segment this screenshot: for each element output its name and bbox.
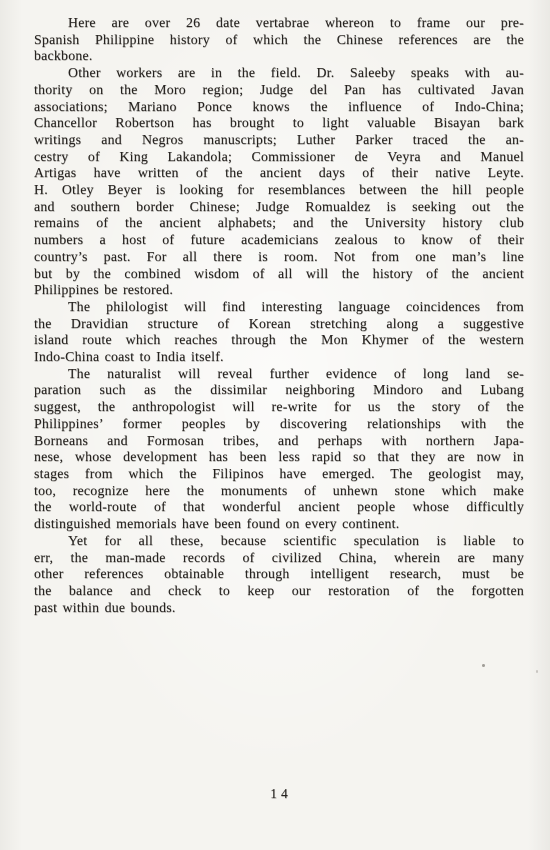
text-line: Indo-China coast to India itself. <box>34 349 524 366</box>
text-line: The philologist will find interesting la… <box>34 299 524 316</box>
scanned-book-page: Here are over 26 date vertabrae whereon … <box>0 0 550 850</box>
text-line: nese, whose development has been less ra… <box>34 449 524 466</box>
text-line: thority on the Moro region; Judge del Pa… <box>34 82 524 99</box>
text-line: the world-route of that wonderful ancien… <box>34 499 524 516</box>
text-line: cestry of King Lakandola; Commissioner d… <box>34 149 524 166</box>
page-number: 14 <box>34 786 524 802</box>
text-line: Spanish Philippine history of which the … <box>34 32 524 49</box>
text-line: Chancellor Robertson has brought to ligh… <box>34 115 524 132</box>
text-line: Other workers are in the field. Dr. Sale… <box>34 65 524 82</box>
text-line: and southern border Chinese; Judge Romua… <box>34 199 524 216</box>
scan-speck <box>536 670 538 673</box>
text-line: Artigas have written of the ancient days… <box>34 165 524 182</box>
text-line: suggest, the anthropologist will re-writ… <box>34 399 524 416</box>
text-line: the Dravidian structure of Korean stretc… <box>34 316 524 333</box>
text-line: backbone. <box>34 48 524 65</box>
text-line: island route which reaches through the M… <box>34 332 524 349</box>
scan-speck <box>482 664 485 667</box>
text-line: H. Otley Beyer is looking for resemblanc… <box>34 182 524 199</box>
text-line: the balance and check to keep our restor… <box>34 583 524 600</box>
text-line: Philippines be restored. <box>34 282 524 299</box>
text-line: err, the man-made records of civilized C… <box>34 550 524 567</box>
text-line: past within due bounds. <box>34 600 524 617</box>
text-line: writings and Negros manuscripts; Luther … <box>34 132 524 149</box>
text-line: but by the combined wisdom of all will t… <box>34 266 524 283</box>
text-line: other references obtainable through inte… <box>34 566 524 583</box>
text-line: country’s past. For all there is room. N… <box>34 249 524 266</box>
text-line: numbers a host of future academicians ze… <box>34 232 524 249</box>
text-line: distinguished memorials have been found … <box>34 516 524 533</box>
text-line: Philippines’ former peoples by discoveri… <box>34 416 524 433</box>
text-line: too, recognize here the monuments of unh… <box>34 483 524 500</box>
text-line: Yet for all these, because scientific sp… <box>34 533 524 550</box>
text-line: The naturalist will reveal further evide… <box>34 366 524 383</box>
text-line: Here are over 26 date vertabrae whereon … <box>34 15 524 32</box>
text-line: paration such as the dissimilar neighbor… <box>34 382 524 399</box>
text-line: Borneans and Formosan tribes, and perhap… <box>34 433 524 450</box>
page-text: Here are over 26 date vertabrae whereon … <box>34 15 524 616</box>
text-line: remains of the ancient alphabets; and th… <box>34 215 524 232</box>
text-line: stages from which the Filipinos have eme… <box>34 466 524 483</box>
text-line: associations; Mariano Ponce knows the in… <box>34 99 524 116</box>
